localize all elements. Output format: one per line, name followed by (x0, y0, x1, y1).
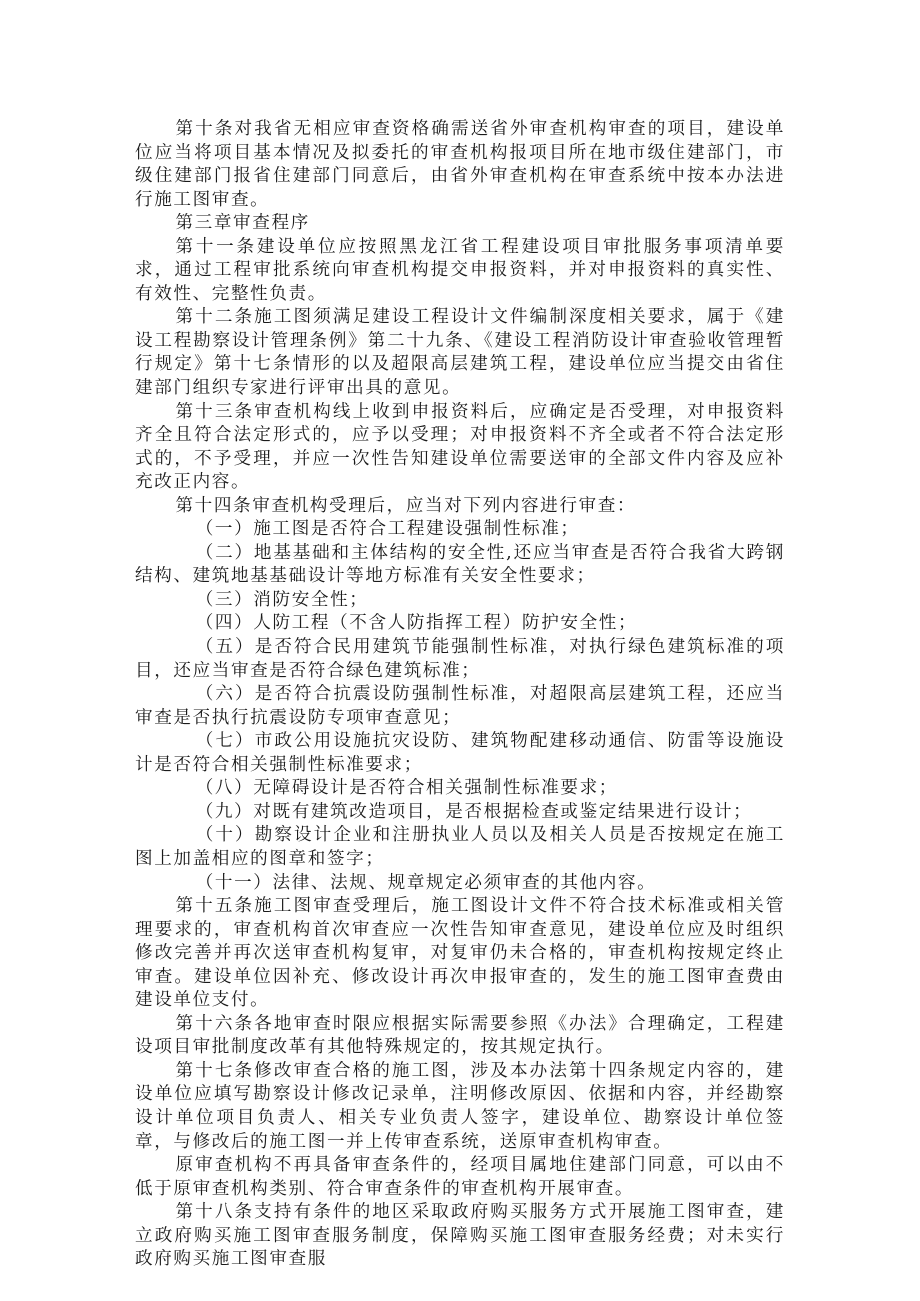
list-item-7: （七）市政公用设施抗灾设防、建筑物配建移动通信、防雷等设施设计是否符合相关强制性… (135, 730, 785, 777)
list-item-10: （十）勘察设计企业和注册执业人员以及相关人员是否按规定在施工图上加盖相应的图章和… (135, 824, 785, 871)
list-item-11: （十一）法律、法规、规章规定必须审查的其他内容。 (135, 872, 785, 896)
article-11: 第十一条建设单位应按照黑龙江省工程建设项目审批服务事项清单要求，通过工程审批系统… (135, 236, 785, 307)
article-17: 第十七条修改审查合格的施工图，涉及本办法第十四条规定内容的，建设单位应填写勘察设… (135, 1060, 785, 1154)
article-14: 第十四条审查机构受理后，应当对下列内容进行审查： (135, 495, 785, 519)
list-item-2: （二）地基基础和主体结构的安全性,还应当审查是否符合我省大跨钢结构、建筑地基基础… (135, 542, 785, 589)
article-12: 第十二条施工图须满足建设工程设计文件编制深度相关要求，属于《建设工程勘察设计管理… (135, 306, 785, 400)
list-item-8: （八）无障碍设计是否符合相关强制性标准要求； (135, 777, 785, 801)
article-10: 第十条对我省无相应审查资格确需送省外审查机构审查的项目，建设单位应当将项目基本情… (135, 118, 785, 212)
list-item-1: （一）施工图是否符合工程建设强制性标准； (135, 518, 785, 542)
list-item-9: （九）对既有建筑改造项目，是否根据检查或鉴定结果进行设计； (135, 801, 785, 825)
article-17-supplement: 原审查机构不再具备审查条件的，经项目属地住建部门同意，可以由不低于原审查机构类别… (135, 1154, 785, 1201)
article-18: 第十八条支持有条件的地区采取政府购买服务方式开展施工图审查，建立政府购买施工图审… (135, 1201, 785, 1272)
article-16: 第十六条各地审查时限应根据实际需要参照《办法》合理确定，工程建设项目审批制度改革… (135, 1013, 785, 1060)
list-item-3: （三）消防安全性； (135, 589, 785, 613)
article-13: 第十三条审查机构线上收到申报资料后，应确定是否受理，对申报资料齐全且符合法定形式… (135, 401, 785, 495)
article-15: 第十五条施工图审查受理后，施工图设计文件不符合技术标准或相关管理要求的，审查机构… (135, 895, 785, 1013)
document-page: 第十条对我省无相应审查资格确需送省外审查机构审查的项目，建设单位应当将项目基本情… (135, 118, 785, 1272)
list-item-4: （四）人防工程（不含人防指挥工程）防护安全性； (135, 612, 785, 636)
chapter-heading: 第三章审查程序 (135, 212, 785, 236)
list-item-6: （六）是否符合抗震设防强制性标准，对超限高层建筑工程，还应当审查是否执行抗震设防… (135, 683, 785, 730)
list-item-5: （五）是否符合民用建筑节能强制性标准，对执行绿色建筑标准的项目，还应当审查是否符… (135, 636, 785, 683)
